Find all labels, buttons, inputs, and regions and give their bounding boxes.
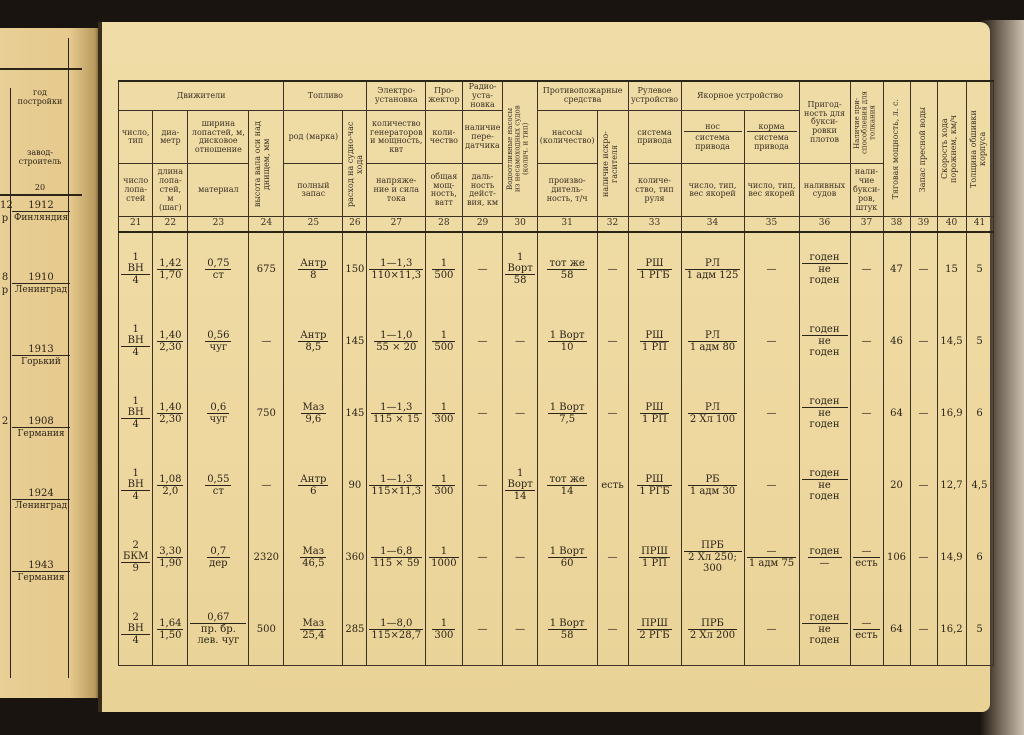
fraction-top: 1—1,3: [369, 474, 423, 486]
cell-c29: —: [462, 377, 503, 449]
cell-c29: —: [462, 305, 503, 377]
fraction-top: РЛ: [688, 402, 737, 414]
fraction: тот же58: [547, 258, 586, 281]
column-number: 40: [937, 217, 966, 233]
sub-c21-top: число, тип: [119, 111, 153, 164]
fraction-bottom: есть: [853, 630, 880, 641]
cell-c23: 0,6чуг: [188, 377, 249, 449]
cell-c25: Антр8,5: [284, 305, 343, 377]
fraction: ПРШ1 РП: [639, 546, 670, 569]
build-year: 1908: [12, 416, 70, 428]
cell-c24: —: [249, 449, 284, 521]
fraction: 1—1,3115×11,3: [369, 474, 423, 497]
fraction-bottom: 1,90: [157, 558, 183, 569]
sub-c23-top: ширина лопастей, м, дисковое отношение: [188, 111, 249, 164]
column-number: 26: [343, 217, 367, 233]
cell-c22: 1,421,70: [153, 232, 188, 305]
fraction-top: —: [747, 546, 796, 558]
build-year: 1912: [12, 200, 70, 212]
fraction: 1—8,0115×28,7: [369, 618, 423, 641]
cell-c23: 0,7дер: [188, 521, 249, 593]
fraction-bottom: 10: [548, 342, 587, 353]
column-number-row: 2122232425262728293031323334353637383940…: [119, 217, 994, 233]
fraction-top: РШ: [637, 258, 671, 270]
build-year: 1910: [12, 272, 70, 284]
sub-c28-top: коли-чество: [426, 111, 462, 164]
fraction-top: 3,30: [157, 546, 183, 558]
fraction-bottom: не годен: [802, 408, 848, 430]
fraction-top: 1: [432, 618, 455, 630]
fraction-bottom: 14: [505, 491, 534, 502]
fraction-top: 1 Ворт: [548, 546, 587, 558]
fraction: 1 ВН4: [121, 396, 150, 430]
fraction-bottom: 115 × 59: [371, 558, 422, 569]
fraction-bottom: 25,4: [300, 630, 326, 641]
group-towing: Пригод-ность для букси-ровки плотов: [799, 81, 850, 164]
table-row: 2 ВН41,641,500,67пр. бр. лев. чуг500Маз2…: [119, 593, 994, 666]
left-page: год постройки завод-строитель 20 1912Фин…: [0, 28, 100, 698]
fraction: годенне годен: [802, 468, 848, 502]
fraction: годенне годен: [802, 252, 848, 286]
fraction: 1 Ворт60: [548, 546, 587, 569]
cell-c31: 1 Ворт10: [537, 305, 597, 377]
fraction-bottom: 2,30: [157, 414, 183, 425]
sub-c27-top: количество генераторов и мощность, квт: [367, 111, 426, 164]
builder: Ленинград: [10, 501, 72, 511]
fraction-top: 1 ВН: [121, 468, 150, 491]
cell-c36: годенне годен: [799, 305, 850, 377]
fraction-bottom: 1 РП: [640, 342, 669, 353]
fraction-bottom: 1,70: [157, 270, 183, 281]
fraction-bottom: есть: [853, 558, 880, 569]
cell-c23: 0,67пр. бр. лев. чуг: [188, 593, 249, 666]
cell-c39: —: [910, 305, 937, 377]
cell-c25: Маз46,5: [284, 521, 343, 593]
table-row: 2 БКМ93,301,900,7дер2320Маз46,53601—6,81…: [119, 521, 994, 593]
fraction: годенне годен: [802, 396, 848, 430]
fraction-top: 1—1,3: [369, 258, 423, 270]
cell-c30: 1 Ворт14: [503, 449, 537, 521]
cell-c27: 1—1,3115×11,3: [367, 449, 426, 521]
fraction-bottom: 2 Хл 250; 300: [684, 552, 742, 574]
fraction-top: 1: [429, 546, 458, 558]
cell-c25: Антр6: [284, 449, 343, 521]
fraction-top: 1 ВН: [121, 324, 150, 347]
group-anchor: Якорное устройство: [681, 81, 799, 111]
cell-c40: 15: [937, 232, 966, 305]
fraction: РЛ1 адм 125: [685, 258, 741, 281]
fraction-bottom: пр. бр. лев. чуг: [190, 624, 246, 646]
fraction-bottom: 8: [298, 270, 328, 281]
fraction: 1,402,30: [157, 402, 183, 425]
sub-c22-bottom: длина лопа-стей, м (шаг): [153, 164, 188, 217]
fraction-top: годен: [802, 324, 848, 336]
fraction-bottom: 300: [432, 630, 455, 641]
partial-letter: р: [0, 213, 10, 224]
fraction-bottom: ст: [205, 486, 231, 497]
cell-c36: годен—: [799, 521, 850, 593]
sub-c31-bottom: произво-дитель-ность, т/ч: [537, 164, 597, 217]
cell-c41: 5: [966, 232, 993, 305]
fraction: 1500: [432, 258, 455, 281]
group-water: Запас пресной воды: [919, 107, 928, 192]
fraction: Маз9,6: [301, 402, 327, 425]
cell-c31: 1 Ворт58: [537, 593, 597, 666]
builder: Горький: [10, 357, 72, 367]
column-number: 33: [628, 217, 681, 233]
group-propulsors: Движители: [119, 81, 284, 111]
sub-c22-top: диа-метр: [153, 111, 188, 164]
fraction-top: 2 БКМ: [121, 540, 150, 563]
sub-c34-top: система привода: [684, 134, 742, 152]
fraction-bottom: 500: [432, 270, 455, 281]
sub-c26: расход на судно-час хода: [347, 119, 363, 209]
fraction: ПРШ2 РГБ: [637, 618, 671, 641]
cell-c38: 46: [883, 305, 910, 377]
column-number: 34: [681, 217, 744, 233]
fraction-top: РШ: [640, 402, 669, 414]
fraction-top: 1 Ворт: [505, 468, 534, 491]
cell-c28: 1300: [426, 593, 462, 666]
cell-c40: 14,9: [937, 521, 966, 593]
builder: Ленинград: [10, 285, 72, 295]
cell-c30: —: [503, 377, 537, 449]
cell-c33: ПРШ1 РП: [628, 521, 681, 593]
group-electric: Электро-установка: [367, 81, 426, 111]
fraction-top: 1,42: [157, 258, 183, 270]
fraction-top: 1 Ворт: [548, 330, 587, 342]
cell-c26: 90: [343, 449, 367, 521]
fraction-bottom: 4: [121, 635, 150, 646]
left-header-year: год постройки: [12, 88, 68, 106]
fraction-bottom: 4: [121, 275, 150, 286]
cell-c28: 11000: [426, 521, 462, 593]
cell-c34: РЛ2 Хл 100: [681, 377, 744, 449]
cell-c27: 1—1,3115 × 15: [367, 377, 426, 449]
fraction: РШ1 РГБ: [637, 258, 671, 281]
left-header-rule: [0, 194, 82, 196]
fraction-bottom: 500: [432, 342, 455, 353]
left-top-rule: [0, 68, 82, 70]
fraction-top: РБ: [688, 474, 737, 486]
fraction-bottom: 6: [298, 486, 328, 497]
cell-c36: годенне годен: [799, 232, 850, 305]
fraction-top: 1,64: [157, 618, 183, 630]
cell-c33: РШ1 РГБ: [628, 232, 681, 305]
fraction-bottom: 9,6: [301, 414, 327, 425]
build-year: 1913: [12, 344, 70, 356]
cell-c28: 1500: [426, 305, 462, 377]
build-year: 1924: [12, 488, 70, 500]
cell-c34: РЛ1 адм 125: [681, 232, 744, 305]
cell-c34: РЛ1 адм 80: [681, 305, 744, 377]
fraction-top: РЛ: [685, 258, 741, 270]
fraction-bottom: ст: [205, 270, 231, 281]
fraction-bottom: 8,5: [298, 342, 328, 353]
group-traction: Тяговая мощность, л. с.: [892, 99, 901, 199]
column-number: 25: [284, 217, 343, 233]
fraction-bottom: 300: [432, 414, 455, 425]
cell-c22: 1,082,0: [153, 449, 188, 521]
fraction-bottom: 4: [121, 419, 150, 430]
fraction-bottom: 9: [121, 563, 150, 574]
fraction: 1,402,30: [157, 330, 183, 353]
fraction-bottom: чуг: [207, 414, 229, 425]
fraction-top: 1: [432, 330, 455, 342]
fraction-bottom: —: [808, 558, 842, 569]
partial-letter: р: [0, 285, 10, 296]
cell-c39: —: [910, 449, 937, 521]
fraction-top: тот же: [547, 258, 586, 270]
cell-c21: 1 ВН4: [119, 377, 153, 449]
builder: Финляндия: [10, 213, 72, 223]
partial-number: 8: [0, 272, 10, 283]
cell-c28: 1300: [426, 377, 462, 449]
cell-c33: РШ1 РП: [628, 305, 681, 377]
fraction: РЛ1 адм 80: [688, 330, 737, 353]
fraction: —есть: [853, 546, 880, 569]
sub-c27-bottom: напряже-ние и сила тока: [367, 164, 426, 217]
sub-c31-top: насосы (количество): [537, 111, 597, 164]
cell-c36: годенне годен: [799, 449, 850, 521]
cell-c26: 285: [343, 593, 367, 666]
fraction: —1 адм 75: [747, 546, 796, 569]
fraction-top: ПРШ: [639, 546, 670, 558]
cell-c38: 20: [883, 449, 910, 521]
fraction: 1—1,3115 × 15: [371, 402, 422, 425]
fraction-top: 1,40: [157, 402, 183, 414]
fraction: 1 Ворт14: [505, 468, 534, 502]
column-number: 29: [462, 217, 503, 233]
sub-c29-top: наличие пере-датчика: [462, 111, 503, 164]
cell-c29: —: [462, 593, 503, 666]
fraction: годенне годен: [802, 324, 848, 358]
fraction-bottom: 1 РП: [639, 558, 670, 569]
cell-c29: —: [462, 521, 503, 593]
fraction: ПРБ2 Хл 200: [688, 618, 737, 641]
cell-c23: 0,56чуг: [188, 305, 249, 377]
fraction-top: 0,56: [205, 330, 231, 342]
cell-c35: —: [744, 377, 799, 449]
fraction: 1—1,055 × 20: [374, 330, 418, 353]
sub-c32: наличие искро-гасителя: [602, 129, 624, 199]
fraction-top: 1: [432, 402, 455, 414]
fraction-bottom: 2,30: [157, 342, 183, 353]
fraction-bottom: 300: [432, 486, 455, 497]
cell-c40: 16,9: [937, 377, 966, 449]
cell-c35: —: [744, 305, 799, 377]
cell-c23: 0,55ст: [188, 449, 249, 521]
fraction: РЛ2 Хл 100: [688, 402, 737, 425]
cell-c28: 1500: [426, 232, 462, 305]
build-year: 1943: [12, 560, 70, 572]
fraction: 11000: [429, 546, 458, 569]
builder: Германия: [10, 573, 72, 583]
fraction-bottom: 55 × 20: [374, 342, 418, 353]
partial-number: 2: [0, 416, 10, 427]
cell-c24: 675: [249, 232, 284, 305]
fraction-top: РЛ: [688, 330, 737, 342]
table-row: 1 ВН41,082,00,55ст—Антр6901—1,3115×11,31…: [119, 449, 994, 521]
cell-c32: —: [597, 521, 628, 593]
cell-c35: —: [744, 449, 799, 521]
fraction: 1 Ворт58: [548, 618, 587, 641]
fraction-bottom: дер: [207, 558, 229, 569]
fraction-bottom: 1 РП: [640, 414, 669, 425]
fraction: годенне годен: [802, 612, 848, 646]
fraction-bottom: 58: [548, 630, 587, 641]
column-number: 22: [153, 217, 188, 233]
group-fuel: Топливо: [284, 81, 367, 111]
builder: Германия: [10, 429, 72, 439]
cell-c36: годенне годен: [799, 593, 850, 666]
column-number: 38: [883, 217, 910, 233]
cell-c25: Маз25,4: [284, 593, 343, 666]
fraction: 0,67пр. бр. лев. чуг: [190, 612, 246, 646]
fraction-top: Маз: [301, 402, 327, 414]
cell-c31: 1 Ворт7,5: [537, 377, 597, 449]
fraction: 1300: [432, 402, 455, 425]
fraction-bottom: 2 Хл 100: [688, 414, 737, 425]
fraction: 1 ВН4: [121, 468, 150, 502]
sub-c25-top: род (марка): [284, 111, 343, 164]
cell-c25: Маз9,6: [284, 377, 343, 449]
fraction-bottom: 58: [505, 275, 534, 286]
cell-c27: 1—1,055 × 20: [367, 305, 426, 377]
left-header-builder: завод-строитель: [12, 148, 68, 166]
cell-c24: 2320: [249, 521, 284, 593]
cell-c30: —: [503, 305, 537, 377]
fraction-bottom: 1000: [429, 558, 458, 569]
group-drainage: Водоотливные насосы из несамоходных судо…: [507, 105, 533, 193]
cell-c31: тот же14: [537, 449, 597, 521]
fraction-top: —: [853, 618, 880, 630]
table-row: 1 ВН41,402,300,6чуг750Маз9,61451—1,3115 …: [119, 377, 994, 449]
fraction-bottom: 4: [121, 491, 150, 502]
fraction-top: 1—1,3: [371, 402, 422, 414]
group-speed: Скорость хода порожнем, км/ч: [941, 99, 963, 199]
fraction-top: 1 Ворт: [548, 402, 587, 414]
cell-c37: —: [850, 232, 883, 305]
fraction: 1300: [432, 618, 455, 641]
cell-c21: 1 ВН4: [119, 232, 153, 305]
fraction-bottom: 14: [547, 486, 586, 497]
column-number: 23: [188, 217, 249, 233]
fraction: 1 Ворт7,5: [548, 402, 587, 425]
fraction: Маз46,5: [300, 546, 326, 569]
cell-c35: —1 адм 75: [744, 521, 799, 593]
cell-c32: —: [597, 593, 628, 666]
fraction-bottom: 4: [121, 347, 150, 358]
fraction: РБ1 адм 30: [688, 474, 737, 497]
cell-c32: —: [597, 305, 628, 377]
fraction-bottom: 2,0: [157, 486, 183, 497]
cell-c30: —: [503, 521, 537, 593]
fraction-top: ПРБ: [688, 618, 737, 630]
cell-c41: 6: [966, 377, 993, 449]
fraction-top: годен: [802, 252, 848, 264]
sub-c21-bottom: число лопа-стей: [119, 164, 153, 217]
fraction-top: Антр: [298, 330, 328, 342]
fraction-top: 1—8,0: [369, 618, 423, 630]
fraction: РШ1 РП: [640, 402, 669, 425]
fraction-bottom: 58: [547, 270, 586, 281]
cell-c32: —: [597, 232, 628, 305]
cell-c27: 1—6,8115 × 59: [367, 521, 426, 593]
fraction-bottom: 115×28,7: [369, 630, 423, 641]
cell-c38: 106: [883, 521, 910, 593]
sub-c25-bottom: полный запас: [284, 164, 343, 217]
fraction-top: Маз: [300, 546, 326, 558]
cell-c23: 0,75ст: [188, 232, 249, 305]
partial-number: 12: [0, 200, 10, 211]
fraction: Маз25,4: [300, 618, 326, 641]
left-col-rule: [10, 88, 11, 678]
cell-c33: ПРШ2 РГБ: [628, 593, 681, 666]
cell-c40: 16,2: [937, 593, 966, 666]
cell-c38: 47: [883, 232, 910, 305]
cell-c41: 4,5: [966, 449, 993, 521]
cell-c40: 12,7: [937, 449, 966, 521]
group-pushing: Наличие при-способления для толкания: [854, 88, 880, 158]
cell-c39: —: [910, 232, 937, 305]
fraction-bottom: 1 РГБ: [637, 486, 671, 497]
column-number: 39: [910, 217, 937, 233]
fraction: 0,56чуг: [205, 330, 231, 353]
fraction-bottom: 115×11,3: [369, 486, 423, 497]
fraction: 1,082,0: [157, 474, 183, 497]
fraction: 1—1,3110×11,3: [369, 258, 423, 281]
fraction-top: 1,40: [157, 330, 183, 342]
vessel-specs-table: Движители Топливо Электро-установка Про-…: [118, 80, 994, 666]
fraction: ПРБ2 Хл 250; 300: [684, 540, 742, 574]
column-number: 21: [119, 217, 153, 233]
cell-c38: 64: [883, 593, 910, 666]
cell-c22: 1,402,30: [153, 377, 188, 449]
sub-c33-bottom: количе-ство, тип руля: [628, 164, 681, 217]
cell-c22: 1,402,30: [153, 305, 188, 377]
fraction: годен—: [808, 546, 842, 569]
fraction: 1300: [432, 474, 455, 497]
table-body: 1 ВН41,421,700,75ст675Антр81501—1,3110×1…: [119, 232, 994, 666]
group-steering: Рулевое устройство: [628, 81, 681, 111]
fraction-bottom: 2 Хл 200: [688, 630, 737, 641]
cell-c34: РБ1 адм 30: [681, 449, 744, 521]
anchor-bow: нос: [684, 123, 742, 133]
fraction: Антр8,5: [298, 330, 328, 353]
cell-c24: 750: [249, 377, 284, 449]
fraction-bottom: 1 РГБ: [637, 270, 671, 281]
fraction-bottom: не годен: [802, 264, 848, 286]
cell-c25: Антр8: [284, 232, 343, 305]
column-number: 27: [367, 217, 426, 233]
group-hull: Толщина обшивки корпуса: [970, 109, 990, 189]
left-col-number: 20: [12, 183, 68, 192]
sub-c28-bottom: общая мощ-ность, ватт: [426, 164, 462, 217]
fraction-bottom: 60: [548, 558, 587, 569]
fraction-top: 1 Ворт: [505, 252, 534, 275]
cell-c37: —есть: [850, 521, 883, 593]
cell-c27: 1—1,3110×11,3: [367, 232, 426, 305]
cell-c32: есть: [597, 449, 628, 521]
group-searchlight: Про-жектор: [426, 81, 462, 111]
cell-c41: 6: [966, 521, 993, 593]
fraction-bottom: чуг: [205, 342, 231, 353]
cell-c26: 360: [343, 521, 367, 593]
fraction-top: годен: [802, 612, 848, 624]
cell-c22: 3,301,90: [153, 521, 188, 593]
cell-c33: РШ1 РГБ: [628, 449, 681, 521]
